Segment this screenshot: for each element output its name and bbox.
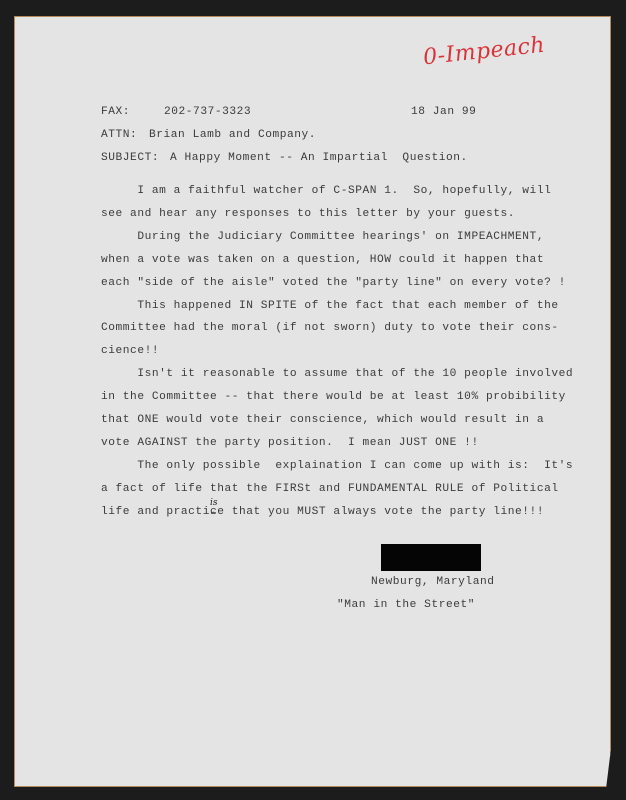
body-line: when a vote was taken on a question, HOW… — [101, 253, 544, 267]
body-line: vote AGAINST the party position. I mean … — [101, 436, 479, 450]
body-line: life and practice that you MUST always v… — [101, 505, 544, 519]
body-line: each "side of the aisle" voted the "part… — [101, 276, 566, 290]
body-line: cience!! — [101, 344, 159, 358]
body-line: The only possible explaination I can com… — [101, 459, 573, 473]
body-line: a fact of life that the FIRSt and FUNDAM… — [101, 482, 559, 496]
caret-mark: ^ — [210, 511, 217, 520]
subject-value: A Happy Moment -- An Impartial Question. — [170, 151, 468, 165]
subject-label: SUBJECT: — [101, 151, 159, 165]
body-line: During the Judiciary Committee hearings'… — [101, 230, 544, 244]
signature-location: Newburg, Maryland — [371, 575, 494, 589]
body-line: Committee had the moral (if not sworn) d… — [101, 321, 559, 335]
fax-label: FAX: — [101, 105, 130, 119]
redacted-signature — [381, 544, 481, 571]
signature-tagline: "Man in the Street" — [337, 598, 475, 612]
body-line: in the Committee -- that there would be … — [101, 390, 566, 404]
page-number: P.01 — [90, 791, 111, 800]
body-line: I am a faithful watcher of C-SPAN 1. So,… — [101, 184, 551, 198]
body-line: that ONE would vote their conscience, wh… — [101, 413, 544, 427]
body-line: see and hear any responses to this lette… — [101, 207, 515, 221]
handwritten-insert: is — [210, 498, 218, 508]
fax-number: 202-737-3323 — [164, 105, 251, 119]
handwritten-annotation: 0-Impeach — [422, 33, 546, 71]
attn-label: ATTN: — [101, 128, 137, 142]
letter-date: 18 Jan 99 — [411, 105, 476, 119]
body-line: This happened IN SPITE of the fact that … — [101, 299, 559, 313]
letter-page: 0-Impeach FAX: 202-737-3323 18 Jan 99 AT… — [14, 16, 611, 787]
attn-value: Brian Lamb and Company. — [149, 128, 316, 142]
body-line: Isn't it reasonable to assume that of th… — [101, 367, 573, 381]
